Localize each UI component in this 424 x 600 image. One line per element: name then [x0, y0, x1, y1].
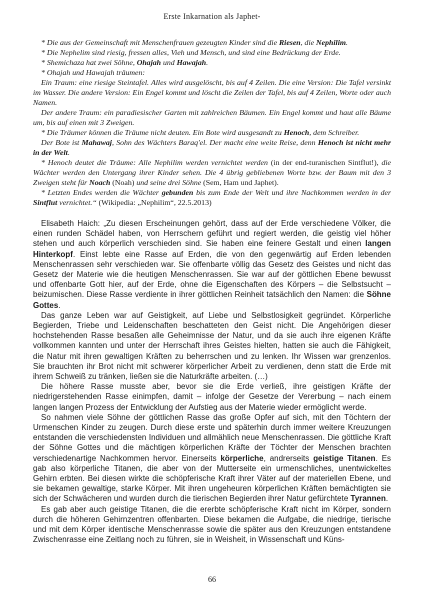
text-run: Mahawaj	[82, 138, 112, 147]
text-run: Ohajah	[137, 58, 161, 67]
text-run: Sintflut	[33, 198, 57, 207]
paragraph: * Shemichaza hat zwei Söhne, Ohajah und …	[33, 58, 391, 68]
text-run: , die	[301, 38, 316, 47]
text-run: , dem Schreiber.	[309, 128, 359, 137]
paragraph: * Letzten Endes werden die Wächter gebun…	[33, 188, 391, 208]
paragraph: Elisabeth Haich: „Zu diesen Erscheinunge…	[33, 219, 391, 311]
page-header: Erste Inkarnation als Japhet-	[33, 12, 391, 21]
paragraph: * Henoch deutet die Träume: Alle Nephili…	[33, 158, 391, 188]
paragraph: * Die aus der Gemeinschaft mit Menschenf…	[33, 38, 391, 48]
paragraph: Der Bote ist Mahawaj, Sohn des Wächters …	[33, 138, 391, 158]
paragraph: * Die Träumer können die Träume nicht de…	[33, 128, 391, 138]
paragraph: Ein Traum: eine riesige Steintafel. Alle…	[33, 78, 391, 108]
text-run: (Wikipedia: „Nephilim“, 22.5.2013)	[99, 198, 212, 207]
paragraph: Der andere Traum: ein paradiesischer Gar…	[33, 108, 391, 128]
text-run: Der andere Traum: ein paradiesischer Gar…	[33, 108, 391, 127]
haich-quote-section: Elisabeth Haich: „Zu diesen Erscheinunge…	[33, 219, 391, 546]
text-run: Es gab aber auch geistige Titanen, die d…	[33, 505, 391, 545]
text-run: (Sem, Ham und Japhet).	[203, 178, 279, 187]
text-run: und	[161, 58, 177, 67]
text-run: Elisabeth Haich: „Zu diesen Erscheinunge…	[33, 219, 391, 248]
text-run: Tyrannen	[351, 494, 386, 503]
text-run: gebunden	[162, 188, 194, 197]
text-run: * Die Träumer können die Träume nicht de…	[41, 128, 284, 137]
text-run: * Letzten Endes werden die Wächter	[41, 188, 162, 197]
text-run: .	[58, 301, 60, 310]
text-run: Nephilim	[316, 38, 346, 47]
text-run: geistige Titanen	[313, 454, 375, 463]
text-run: (Noah)	[110, 178, 136, 187]
text-run: vernichtet.“	[57, 198, 98, 207]
text-run: bis zum Ende der Welt und ihre Nachkomme…	[193, 188, 391, 197]
paragraph: * Ohajah und Hawajah träumen:	[33, 68, 391, 78]
text-run: * Die aus der Gemeinschaft mit Menschenf…	[41, 38, 279, 47]
text-run: * Ohajah und Hawajah träumen:	[41, 68, 145, 77]
text-run: Noach	[89, 178, 110, 187]
text-run: , Sohn des Wächters Baraq'el. Der macht …	[112, 138, 318, 147]
text-run: * Shemichaza hat zwei Söhne,	[41, 58, 137, 67]
paragraph: Das ganze Leben war auf Geistigkeit, auf…	[33, 311, 391, 382]
text-run: Riesen	[279, 38, 301, 47]
text-run: Hawajah	[177, 58, 206, 67]
text-run: .	[68, 148, 70, 157]
paragraph: Die höhere Rasse musste aber, bevor sie …	[33, 382, 391, 413]
paragraph: So nahmen viele Söhne der göttlichen Ras…	[33, 413, 391, 505]
wikipedia-notes-section: * Die aus der Gemeinschaft mit Menschenf…	[33, 38, 391, 208]
text-run: , andrerseits	[264, 454, 314, 463]
page-number: 66	[0, 575, 424, 584]
text-run: * Die Nephelim sind riesig, fressen alle…	[41, 48, 341, 57]
text-run: Das ganze Leben war auf Geistigkeit, auf…	[33, 311, 391, 381]
text-run: .	[206, 58, 208, 67]
text-run: .	[346, 38, 348, 47]
text-run: * Henoch deutet die Träume: Alle Nephili…	[41, 158, 271, 167]
text-run: Henoch	[284, 128, 310, 137]
paragraph: Es gab aber auch geistige Titanen, die d…	[33, 505, 391, 546]
text-run: . Einst lebte eine Rasse auf Erden, die …	[33, 250, 391, 300]
text-run: Die höhere Rasse musste aber, bevor sie …	[33, 382, 391, 411]
paragraph: * Die Nephelim sind riesig, fressen alle…	[33, 48, 391, 58]
text-run: körperliche	[220, 454, 263, 463]
text-run: (in der end-turanischen Sintflut!),	[271, 158, 382, 167]
document-page: Erste Inkarnation als Japhet- * Die aus …	[0, 0, 424, 600]
text-run: Ein Traum: eine riesige Steintafel. Alle…	[33, 78, 391, 107]
text-run: Der Bote ist	[41, 138, 82, 147]
text-run: .	[386, 494, 388, 503]
text-run: und seine drei Söhne	[136, 178, 203, 187]
